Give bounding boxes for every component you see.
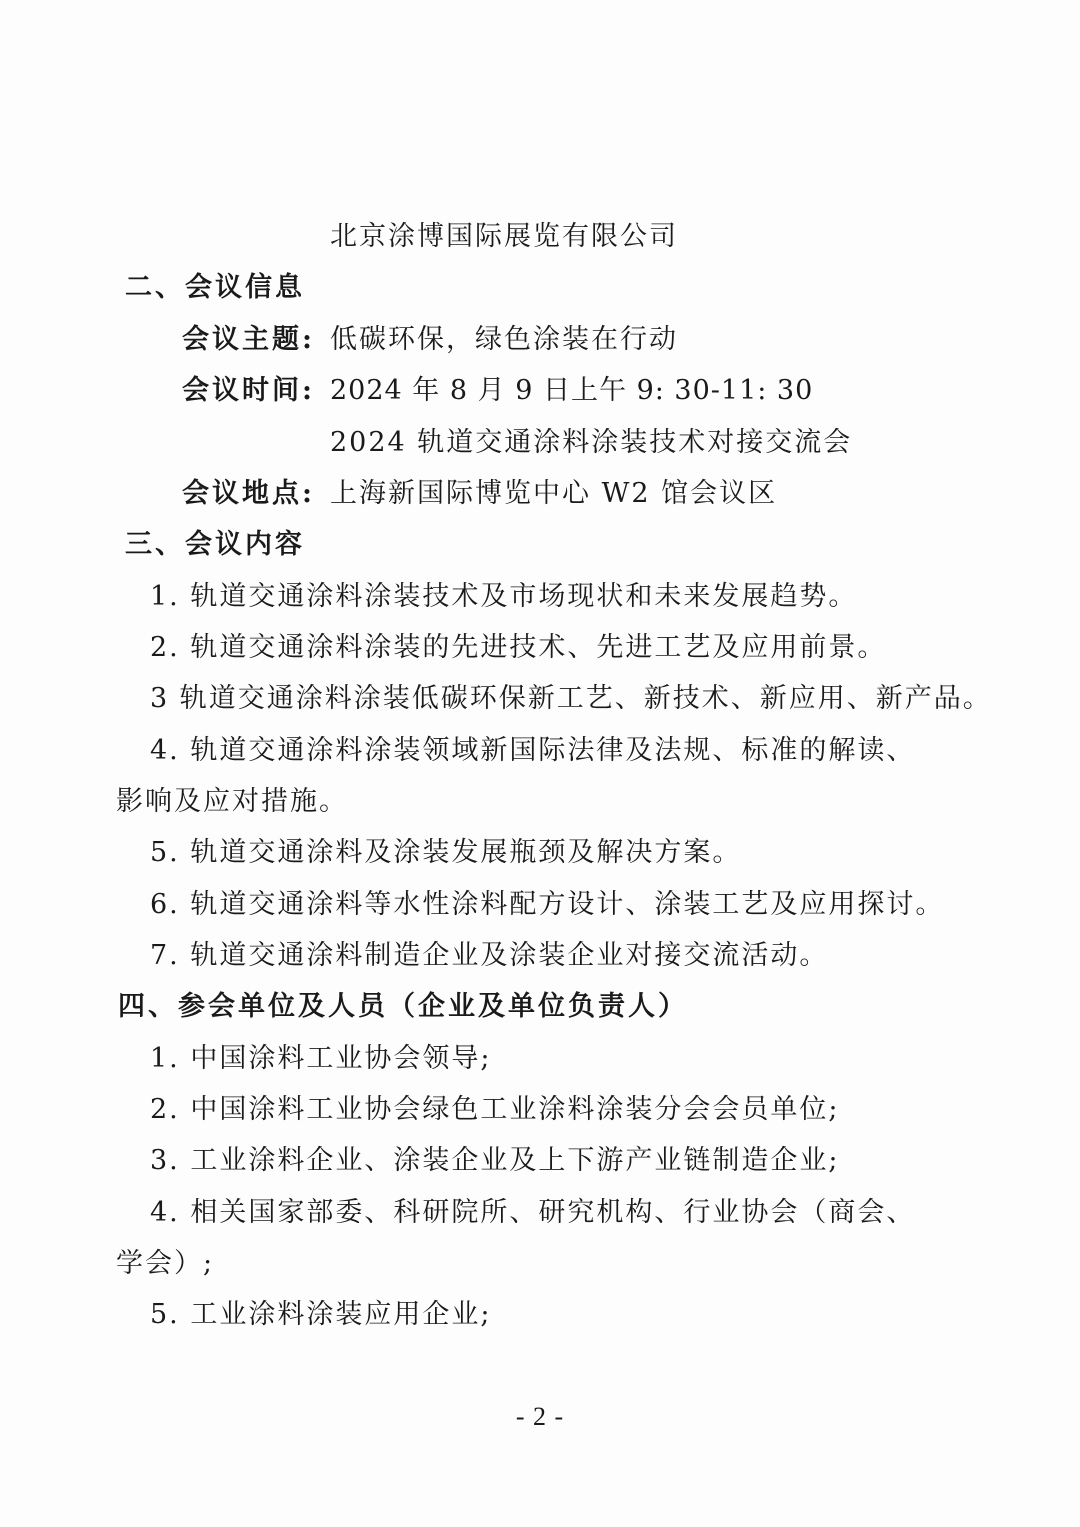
meeting-location-value: 上海新国际博览中心 W2 馆会议区 bbox=[330, 476, 777, 512]
list-item: 1. 轨道交通涂料涂装技术及市场现状和未来发展趋势。 bbox=[150, 579, 857, 615]
meeting-event-name: 2024 轨道交通涂料涂装技术对接交流会 bbox=[330, 425, 852, 461]
list-item: 3 轨道交通涂料涂装低碳环保新工艺、新技术、新应用、新产品。 bbox=[150, 681, 992, 717]
section-heading-participants: 四、参会单位及人员（企业及单位负责人） bbox=[118, 989, 688, 1025]
meeting-theme-value: 低碳环保，绿色涂装在行动 bbox=[330, 322, 678, 358]
page-number: - 2 - bbox=[0, 1402, 1080, 1432]
section-heading-meeting-content: 三、会议内容 bbox=[125, 527, 305, 563]
list-item-continuation: 影响及应对措施。 bbox=[116, 784, 348, 820]
list-item: 5. 轨道交通涂料及涂装发展瓶颈及解决方案。 bbox=[150, 835, 741, 871]
organizer-line: 北京涂博国际展览有限公司 bbox=[330, 219, 678, 255]
list-item: 4. 轨道交通涂料涂装领域新国际法律及法规、标准的解读、 bbox=[150, 733, 915, 769]
list-item: 6. 轨道交通涂料等水性涂料配方设计、涂装工艺及应用探讨。 bbox=[150, 887, 944, 923]
meeting-theme-label: 会议主题: bbox=[182, 322, 315, 358]
list-item-continuation: 学会）; bbox=[116, 1246, 214, 1282]
meeting-time-label: 会议时间: bbox=[182, 373, 315, 409]
document-page: 北京涂博国际展览有限公司 二、会议信息 会议主题: 低碳环保，绿色涂装在行动 会… bbox=[0, 0, 1080, 1527]
list-item: 3. 工业涂料企业、涂装企业及上下游产业链制造企业; bbox=[150, 1143, 839, 1179]
list-item: 7. 轨道交通涂料制造企业及涂装企业对接交流活动。 bbox=[150, 938, 828, 974]
section-heading-meeting-info: 二、会议信息 bbox=[125, 270, 305, 306]
meeting-time-value: 2024 年 8 月 9 日上午 9: 30-11: 30 bbox=[330, 373, 813, 409]
list-item: 4. 相关国家部委、科研院所、研究机构、行业协会（商会、 bbox=[150, 1195, 915, 1231]
meeting-location-label: 会议地点: bbox=[182, 476, 315, 512]
list-item: 5. 工业涂料涂装应用企业; bbox=[150, 1297, 491, 1333]
list-item: 1. 中国涂料工业协会领导; bbox=[150, 1041, 491, 1077]
list-item: 2. 轨道交通涂料涂装的先进技术、先进工艺及应用前景。 bbox=[150, 630, 886, 666]
list-item: 2. 中国涂料工业协会绿色工业涂料涂装分会会员单位; bbox=[150, 1092, 839, 1128]
